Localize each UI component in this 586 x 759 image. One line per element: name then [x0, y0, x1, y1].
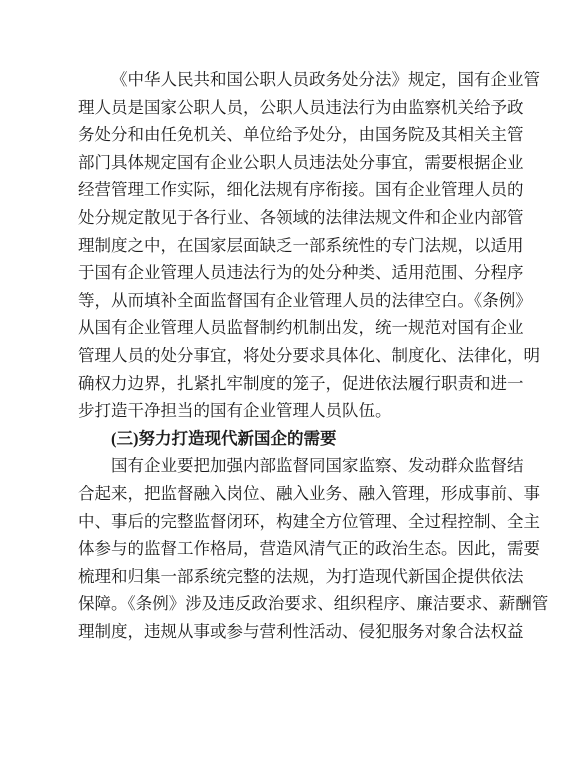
- text-line: 体参与的监督工作格局，营造风清气正的政治生态。因此，需要: [78, 535, 514, 563]
- text-line: 确权力边界，扎紧扎牢制度的笼子，促进依法履行职责和进一: [78, 370, 514, 398]
- text-line: 务处分和由任免机关、单位给予处分，由国务院及其相关主管: [78, 121, 514, 149]
- document-page: 《中华人民共和国公职人员政务处分法》规定，国有企业管 理人员是国家公职人员，公职…: [0, 0, 586, 759]
- text-line: 经营管理工作实际，细化法规有序衔接。国有企业管理人员的: [78, 176, 514, 204]
- text-line: 从国有企业管理人员监督制约机制出发，统一规范对国有企业: [78, 314, 514, 342]
- text-line: 于国有企业管理人员违法行为的处分种类、适用范围、分程序: [78, 259, 514, 287]
- text-line: 部门具体规定国有企业公职人员违法处分事宜，需要根据企业: [78, 149, 514, 177]
- text-line: 等，从而填补全面监督国有企业管理人员的法律空白。《条例》: [78, 287, 514, 315]
- text-line: 理制度，违规从事或参与营利性活动、侵犯服务对象合法权益: [78, 618, 514, 646]
- text-line: 处分规定散见于各行业、各领域的法律法规文件和企业内部管: [78, 204, 514, 232]
- text-line: 合起来，把监督融入岗位、融入业务、融入管理，形成事前、事: [78, 480, 514, 508]
- text-line: 《中华人民共和国公职人员政务处分法》规定，国有企业管: [78, 66, 514, 94]
- text-line: 理人员是国家公职人员，公职人员违法行为由监察机关给予政: [78, 94, 514, 122]
- text-line: 中、事后的完整监督闭环，构建全方位管理、全过程控制、全主: [78, 508, 514, 536]
- text-line: 理制度之中，在国家层面缺乏一部系统性的专门法规，以适用: [78, 232, 514, 260]
- section-heading: (三)努力打造现代新国企的需要: [78, 425, 514, 453]
- text-line: 步打造干净担当的国有企业管理人员队伍。: [78, 397, 514, 425]
- text-line: 国有企业要把加强内部监督同国家监察、发动群众监督结: [78, 452, 514, 480]
- text-line: 保障。《条例》涉及违反政治要求、组织程序、廉洁要求、薪酬管: [78, 590, 514, 618]
- text-block: 《中华人民共和国公职人员政务处分法》规定，国有企业管 理人员是国家公职人员，公职…: [78, 66, 514, 645]
- text-line: 梳理和归集一部系统完整的法规，为打造现代新国企提供依法: [78, 563, 514, 591]
- text-line: 管理人员的处分事宜，将处分要求具体化、制度化、法律化，明: [78, 342, 514, 370]
